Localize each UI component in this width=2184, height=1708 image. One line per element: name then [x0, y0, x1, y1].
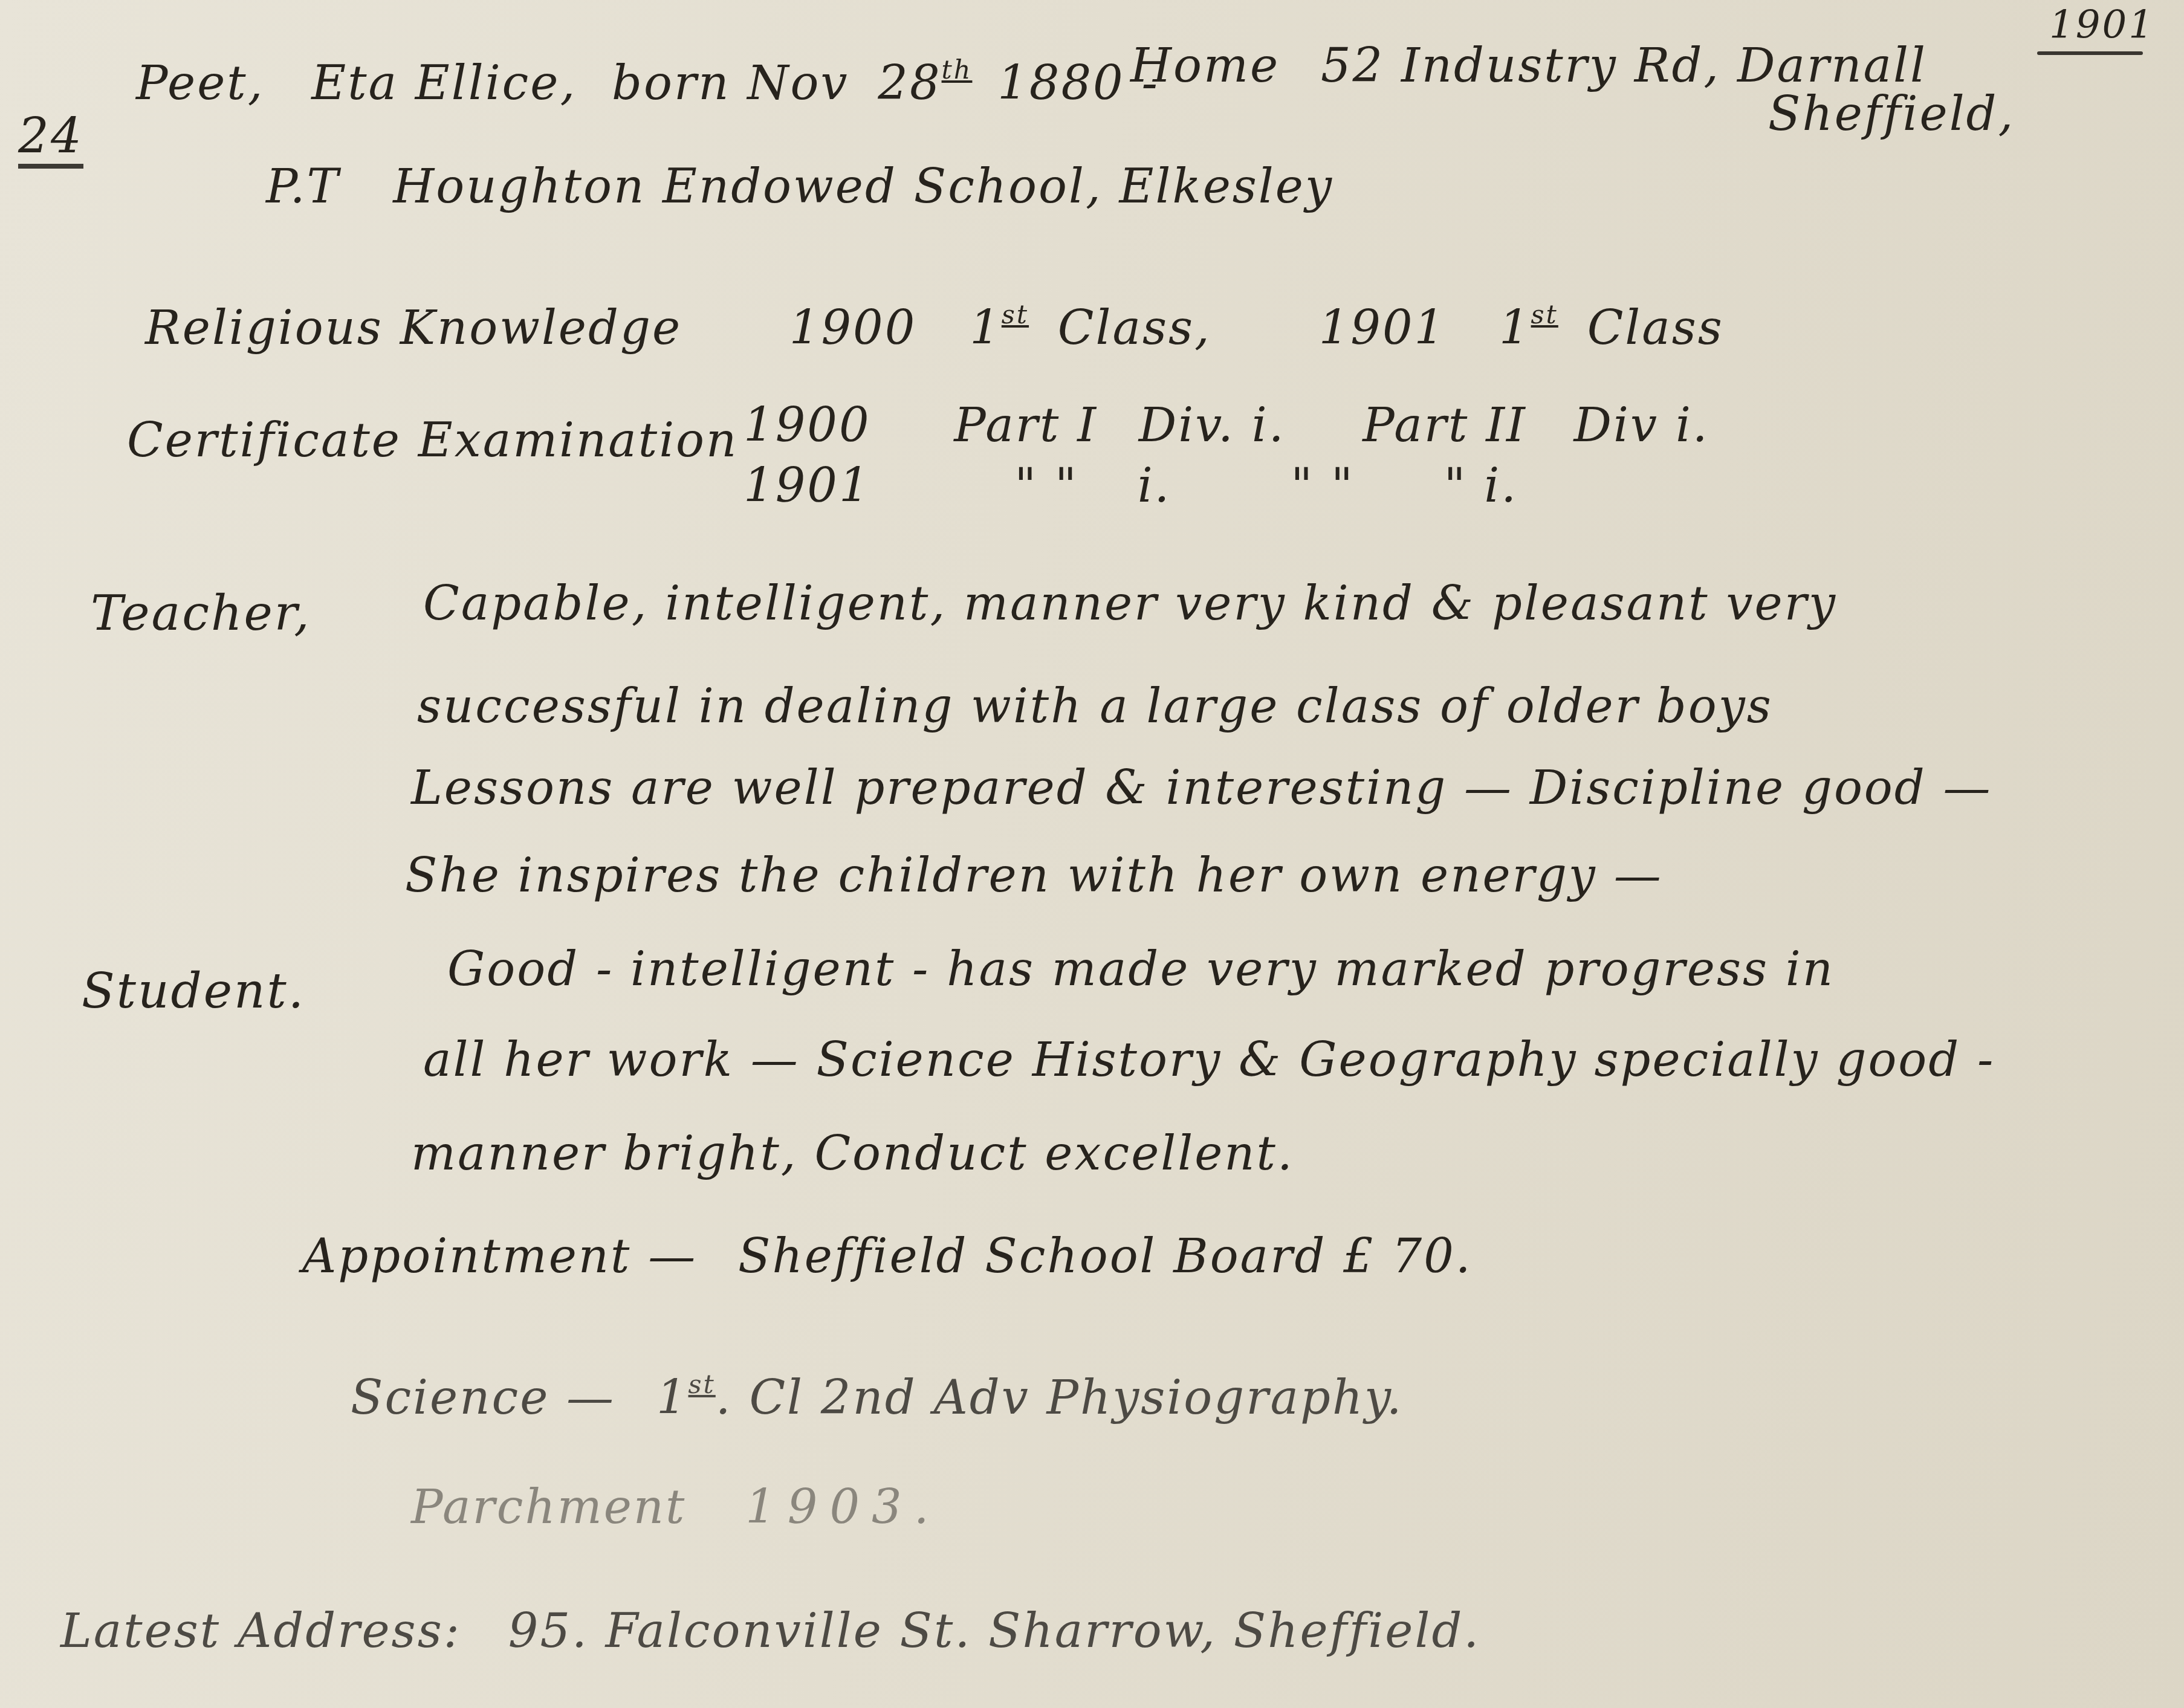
cert-exam-row-1901: 1901 " " i. " " " i.: [744, 462, 1518, 509]
rk-class2-sup: st: [1531, 300, 1558, 330]
teacher-line-3: Lessons are well prepared & interesting …: [411, 765, 1992, 812]
born-label: born Nov: [612, 56, 849, 111]
rk-class2-num: 1: [1499, 301, 1531, 355]
rk-year-1901: 1901: [1319, 301, 1447, 355]
pt-school: Houghton Endowed School, Elkesley: [393, 160, 1333, 214]
surname: Peet,: [136, 56, 264, 111]
home-address: 52 Industry Rd, Darnall: [1321, 39, 1927, 93]
science-value-sup: st: [689, 1370, 716, 1400]
latest-address-label: Latest Address:: [60, 1604, 461, 1658]
teacher-line-4: She inspires the children with her own e…: [405, 852, 1663, 899]
student-line-3: manner bright, Conduct excellent.: [411, 1130, 1294, 1177]
year-marker: 1901: [2049, 6, 2155, 45]
home-address-line: Home 52 Industry Rd, Darnall: [1130, 42, 1927, 89]
parchment-year: 1903.: [745, 1480, 941, 1535]
latest-address-value: 95. Falconville St. Sharrow, Sheffield.: [508, 1604, 1480, 1658]
student-line-2: all her work — Science History & Geograp…: [423, 1037, 1995, 1084]
appointment-row: Appointment — Sheffield School Board £ 7…: [302, 1233, 1473, 1280]
parchment-label: Parchment: [411, 1480, 686, 1535]
parchment-row: Parchment 1903.: [411, 1484, 941, 1531]
teacher-line-2: successful in dealing with a large class…: [417, 683, 1773, 730]
cert-part2-ditto: " ": [1291, 459, 1355, 513]
cert-part1: Part I: [954, 398, 1098, 453]
science-label: Science —: [351, 1371, 615, 1425]
entry-number: 24: [18, 112, 83, 169]
teacher-line-1: Capable, intelligent, manner very kind &…: [423, 580, 1837, 627]
appointment-label: Appointment —: [302, 1229, 697, 1284]
register-page: 24 Peet, Eta Ellice, born Nov 28th 1880 …: [0, 0, 2184, 1708]
appointment-value: Sheffield School Board £ 70.: [738, 1229, 1473, 1284]
rk-class1: Class,: [1058, 301, 1211, 355]
student-line-1: Good - intelligent - has made very marke…: [447, 946, 1835, 993]
rk-class2: Class: [1587, 301, 1724, 355]
rk-class1-num: 1: [970, 301, 1002, 355]
student-label: Student.: [82, 967, 305, 1015]
latest-address-row: Latest Address: 95. Falconville St. Shar…: [60, 1608, 1480, 1655]
home-city: Sheffield,: [1768, 91, 2015, 138]
science-value-pre: 1: [656, 1371, 689, 1425]
religious-knowledge-label: Religious Knowledge: [145, 301, 682, 355]
home-label: Home: [1130, 39, 1280, 93]
year-marker-underline: [2037, 51, 2143, 55]
science-value: . Cl 2nd Adv Physiography.: [716, 1371, 1404, 1425]
cert-year: 1900: [744, 398, 871, 453]
cert-year: 1901: [744, 459, 871, 513]
born-day: 28: [878, 56, 941, 111]
cert-exam-row-1900: 1900 Part I Div. i. Part II Div i.: [744, 402, 1709, 449]
cert-div1: i.: [1138, 459, 1171, 513]
cert-div2: " i.: [1444, 459, 1518, 513]
cert-part2: Part II: [1363, 398, 1527, 453]
cert-div1: Div. i.: [1139, 398, 1286, 453]
science-row: Science — 1st. Cl 2nd Adv Physiography.: [351, 1372, 1404, 1422]
born-day-suffix: th: [942, 55, 973, 85]
rk-year-1900: 1900: [789, 301, 917, 355]
religious-knowledge-row: Religious Knowledge 1900 1st Class, 1901…: [145, 302, 1724, 352]
entry-header: Peet, Eta Ellice, born Nov 28th 1880 -: [136, 57, 1159, 107]
rk-class1-sup: st: [1002, 300, 1029, 330]
certificate-exam-label: Certificate Examination: [127, 417, 738, 464]
pt-label: P.T: [266, 160, 340, 214]
pupil-teacher-line: P.T Houghton Endowed School, Elkesley: [266, 163, 1333, 210]
teacher-label: Teacher,: [91, 589, 311, 638]
cert-div2: Div i.: [1574, 398, 1709, 453]
cert-part1-ditto: " ": [1014, 459, 1078, 513]
given-names: Eta Ellice,: [311, 56, 577, 111]
